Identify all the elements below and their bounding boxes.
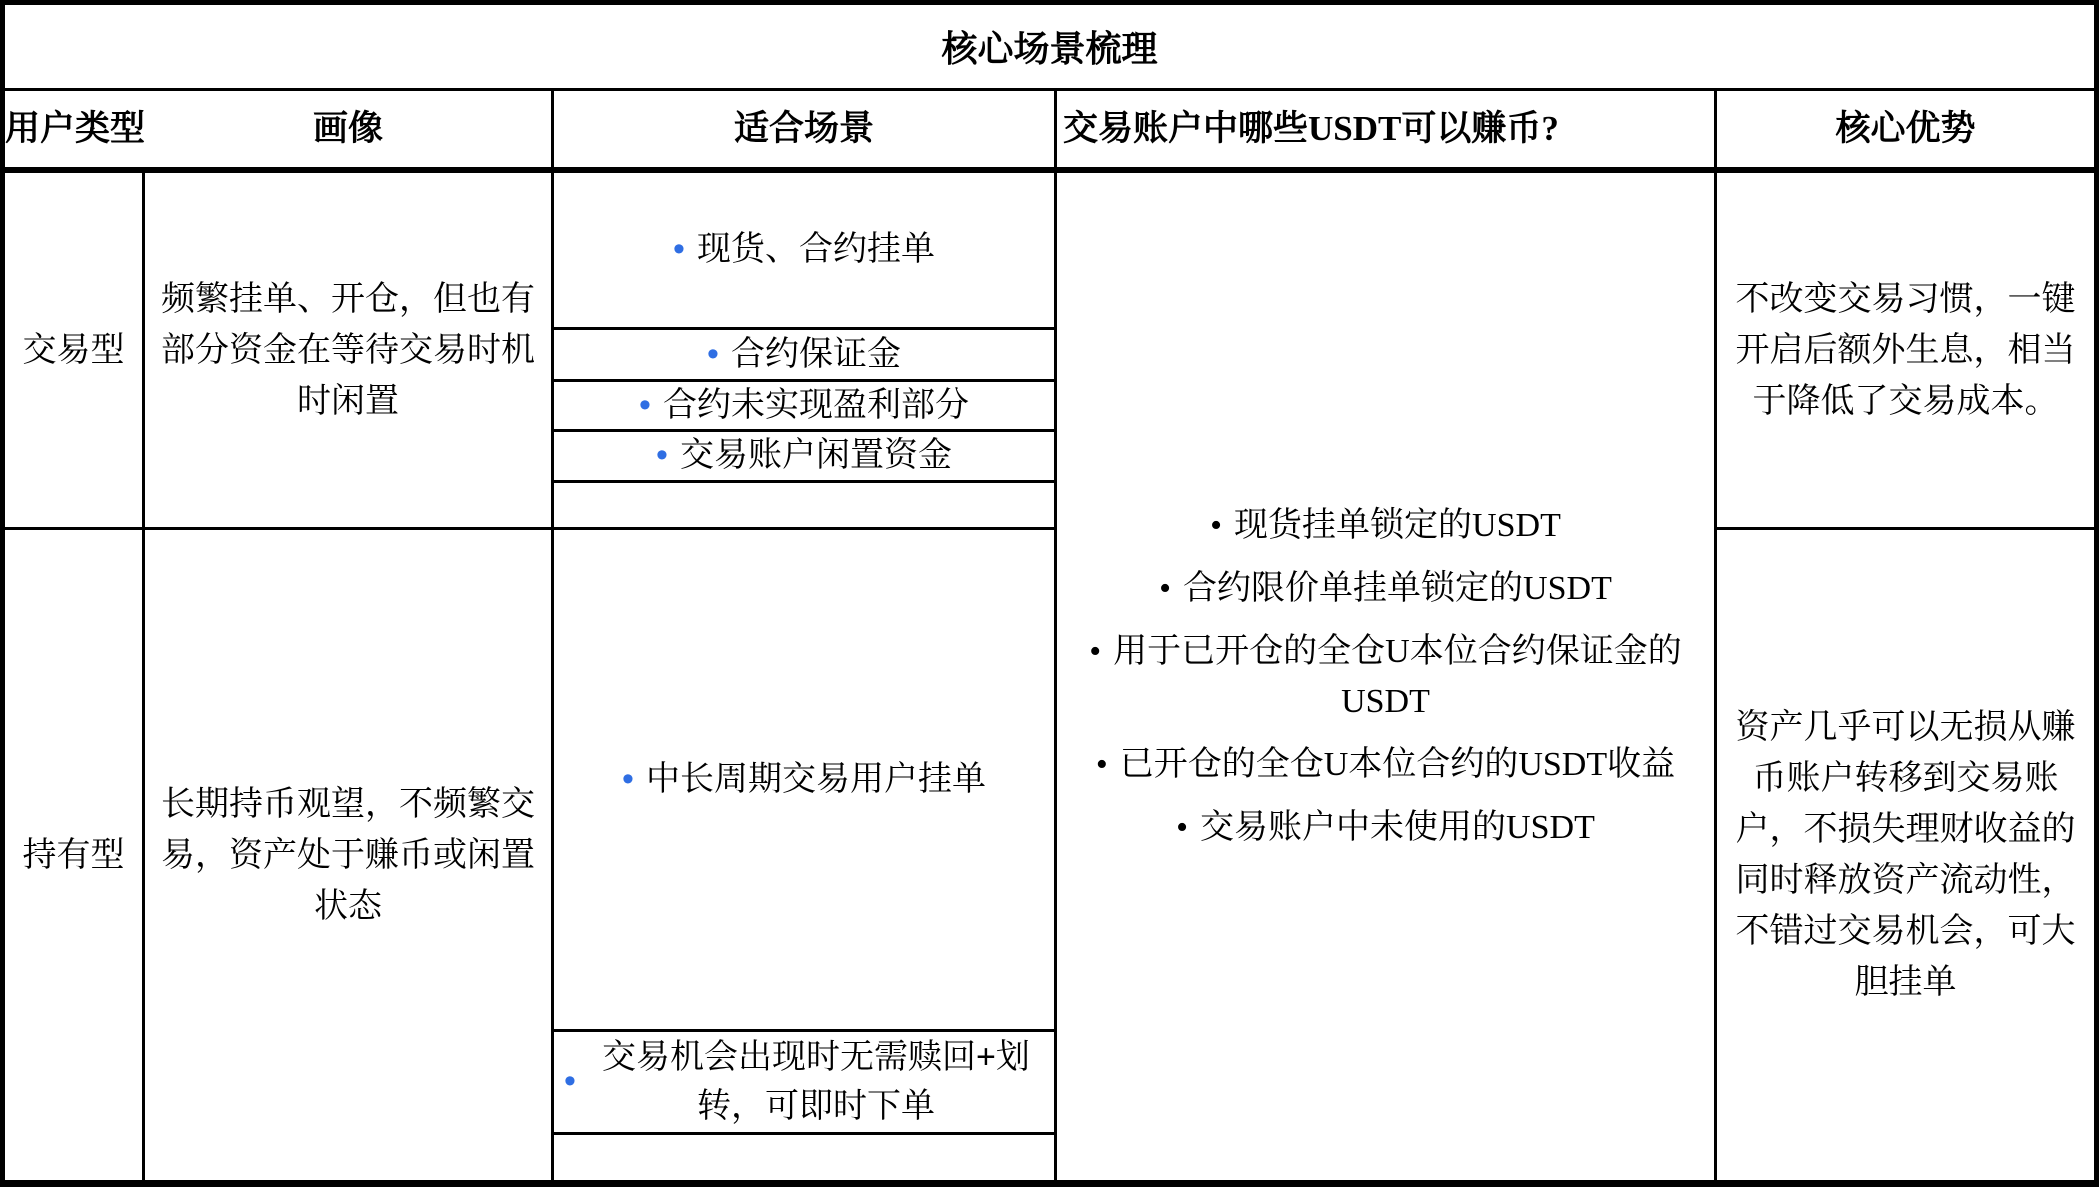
scenario-item: • 交易账户闲置资金 (554, 432, 1054, 483)
scenario-item: • 中长周期交易用户挂单 (554, 530, 1054, 1032)
cell-usdt-sources: •现货挂单锁定的USDT •合约限价单挂单锁定的USDT •用于已开仓的全仓U本… (1057, 173, 1717, 1180)
scenario-item: • 合约保证金 (554, 330, 1054, 382)
bullet-icon: • (673, 225, 685, 274)
bullet-icon: • (1210, 507, 1222, 544)
col-header-scenarios: 适合场景 (554, 91, 1057, 173)
bullet-icon: • (1089, 633, 1101, 670)
usdt-item-text: 交易账户中未使用的USDT (1200, 809, 1595, 846)
cell-scenarios-holding: • 中长周期交易用户挂单 • 交易机会出现时无需赎回+划转，可即时下单 (554, 530, 1057, 1180)
col-header-advantage: 核心优势 (1717, 91, 2094, 173)
cell-profile-holding: 长期持币观望，不频繁交易，资产处于赚币或闲置状态 (145, 530, 554, 1180)
cell-advantage-holding: 资产几乎可以无损从赚币账户转移到交易账户，不损失理财收益的同时释放资产流动性，不… (1717, 530, 2094, 1180)
scenario-item-empty (554, 1135, 1054, 1180)
usdt-item-text: 已开仓的全仓U本位合约的USDT收益 (1120, 746, 1675, 783)
scenario-item: • 合约未实现盈利部分 (554, 382, 1054, 432)
col-header-user-type: 用户类型 (5, 91, 145, 173)
scenario-text: 合约未实现盈利部分 (663, 381, 969, 430)
bullet-icon: • (1096, 746, 1108, 783)
scenario-item: • 交易机会出现时无需赎回+划转，可即时下单 (554, 1032, 1054, 1135)
col-header-profile: 画像 (145, 91, 554, 173)
bullet-icon: • (1176, 809, 1188, 846)
cell-scenarios-trading: • 现货、合约挂单 • 合约保证金 • 合约未实现盈利部分 • 交易账户闲置资金 (554, 173, 1057, 530)
usdt-item: •用于已开仓的全仓U本位合约保证金的USDT (1079, 627, 1692, 726)
cell-profile-trading: 频繁挂单、开仓，但也有部分资金在等待交易时机时闲置 (145, 173, 554, 530)
usdt-item: •交易账户中未使用的USDT (1176, 803, 1595, 852)
scenario-text: 中长周期交易用户挂单 (646, 755, 986, 804)
col-header-usdt-question: 交易账户中哪些USDT可以赚币? (1057, 91, 1717, 173)
bullet-icon: • (656, 431, 668, 480)
bullet-icon: • (1159, 570, 1171, 607)
usdt-item-text: 合约限价单挂单锁定的USDT (1183, 570, 1612, 607)
scenario-item-empty (554, 483, 1054, 527)
bullet-icon: • (707, 330, 719, 379)
usdt-item: •现货挂单锁定的USDT (1210, 501, 1561, 550)
usdt-item: •合约限价单挂单锁定的USDT (1159, 564, 1612, 613)
scenario-text: 现货、合约挂单 (697, 225, 935, 274)
core-scenario-table: 核心场景梳理 用户类型 画像 适合场景 交易账户中哪些USDT可以赚币? 核心优… (0, 0, 2099, 1187)
usdt-item-text: 现货挂单锁定的USDT (1234, 507, 1561, 544)
cell-advantage-trading: 不改变交易习惯，一键开启后额外生息，相当于降低了交易成本。 (1717, 173, 2094, 530)
bullet-icon: • (639, 381, 651, 430)
bullet-icon: • (622, 755, 634, 804)
bullet-icon: • (564, 1057, 576, 1106)
usdt-item: •已开仓的全仓U本位合约的USDT收益 (1096, 740, 1675, 789)
scenario-text: 合约保证金 (731, 330, 901, 379)
scenario-text: 交易账户闲置资金 (680, 431, 952, 480)
usdt-item-text: 用于已开仓的全仓U本位合约保证金的USDT (1113, 633, 1682, 719)
cell-user-type-trading: 交易型 (5, 173, 145, 530)
scenario-item: • 现货、合约挂单 (554, 173, 1054, 330)
cell-user-type-holding: 持有型 (5, 530, 145, 1180)
table-title: 核心场景梳理 (5, 5, 2094, 91)
scenario-text: 交易机会出现时无需赎回+划转，可即时下单 (588, 1033, 1044, 1132)
